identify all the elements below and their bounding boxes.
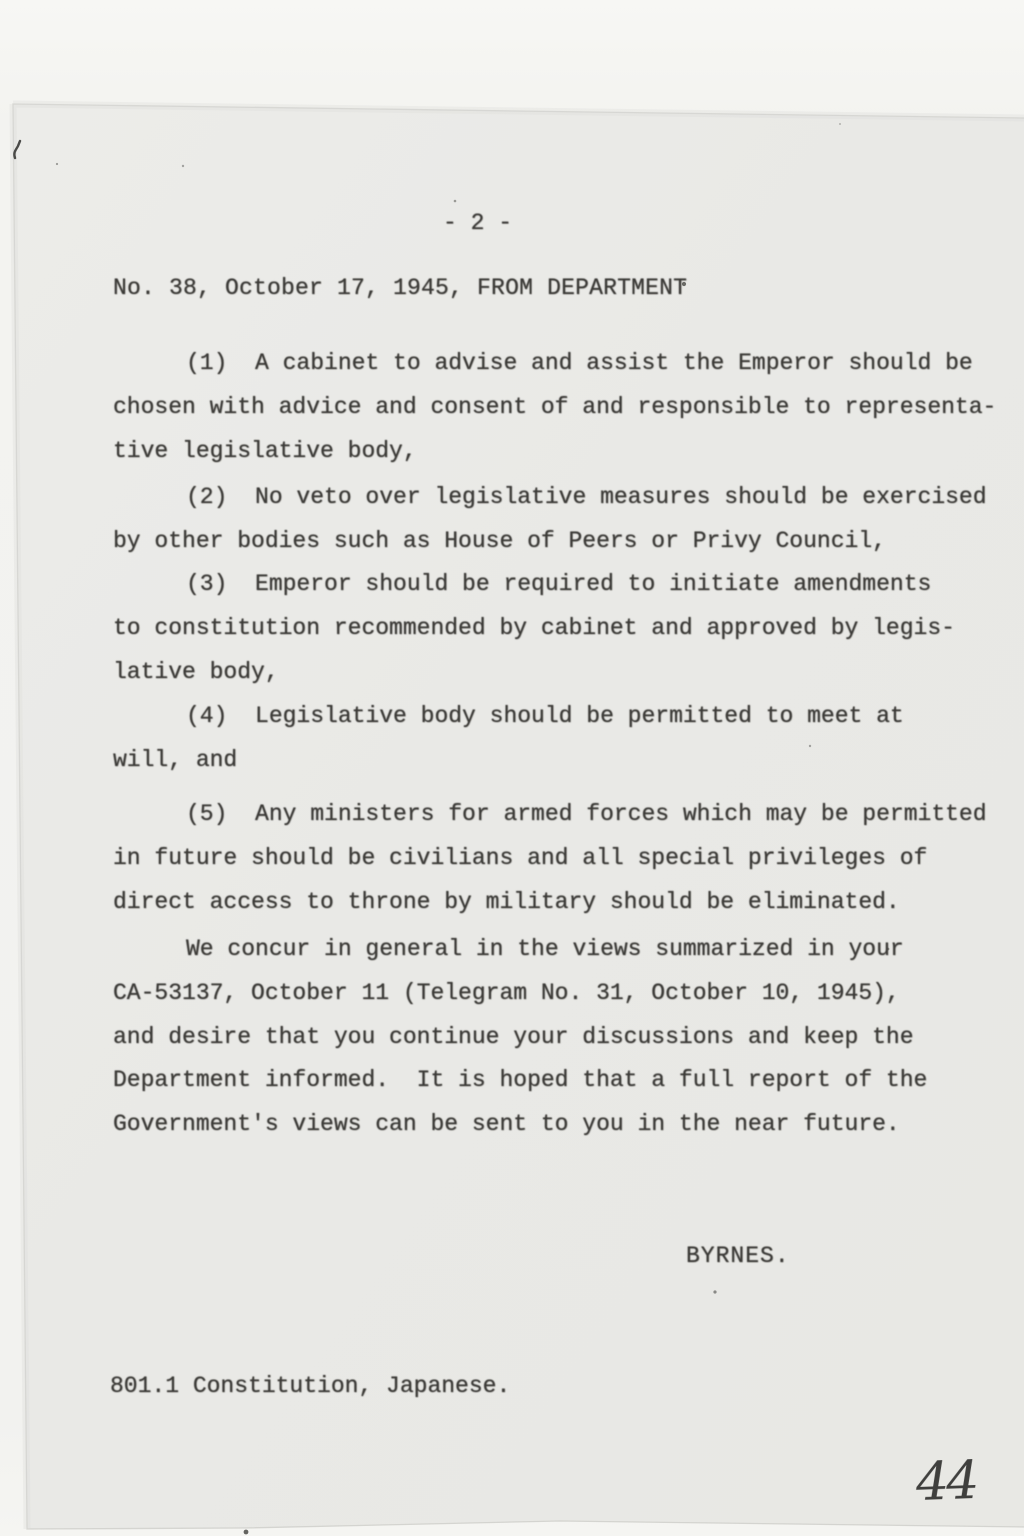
typed-line: lative body, [113,651,1024,695]
typed-line: Department informed. It is hoped that a … [113,1059,1024,1103]
typed-line: (2) No veto over legislative measures sh… [113,476,1024,520]
signature: BYRNES. [686,1243,790,1269]
document-scan: - 2 - No. 38, October 17, 1945, FROM DEP… [0,0,1024,1536]
typed-line: tive legislative body, [113,430,1024,474]
handwritten-page-number: 44 [915,1451,977,1513]
typed-line: CA-53137, October 11 (Telegram No. 31, O… [113,972,1024,1016]
typed-line: will, and [113,739,1024,783]
typed-line: (1) A cabinet to advise and assist the E… [113,342,1024,386]
typed-line: to constitution recommended by cabinet a… [113,607,1024,651]
typed-line: We concur in general in the views summar… [113,928,1024,972]
typed-line: and desire that you continue your discus… [113,1016,1024,1060]
file-reference: 801.1 Constitution, Japanese. [110,1373,510,1399]
typed-line: by other bodies such as House of Peers o… [113,520,1024,564]
paragraph-4: (4) Legislative body should be permitted… [113,695,1024,783]
typed-line: Government's views can be sent to you in… [113,1103,1024,1147]
typed-line: chosen with advice and consent of and re… [113,386,1024,430]
paragraph-5: (5) Any ministers for armed forces which… [113,793,1024,924]
typed-line: in future should be civilians and all sp… [113,837,1024,881]
document-heading: No. 38, October 17, 1945, FROM DEPARTMEN… [113,275,687,301]
typed-line: (3) Emperor should be required to initia… [113,563,1024,607]
paragraph-2: (2) No veto over legislative measures sh… [113,476,1024,564]
typed-text-layer: - 2 - No. 38, October 17, 1945, FROM DEP… [0,0,1024,1536]
typed-line: (4) Legislative body should be permitted… [113,695,1024,739]
page-number: - 2 - [443,210,512,236]
typed-line: direct access to throne by military shou… [113,881,1024,925]
typed-line: (5) Any ministers for armed forces which… [113,793,1024,837]
paragraph-1: (1) A cabinet to advise and assist the E… [113,342,1024,473]
paragraph-6: We concur in general in the views summar… [113,928,1024,1147]
paragraph-3: (3) Emperor should be required to initia… [113,563,1024,694]
